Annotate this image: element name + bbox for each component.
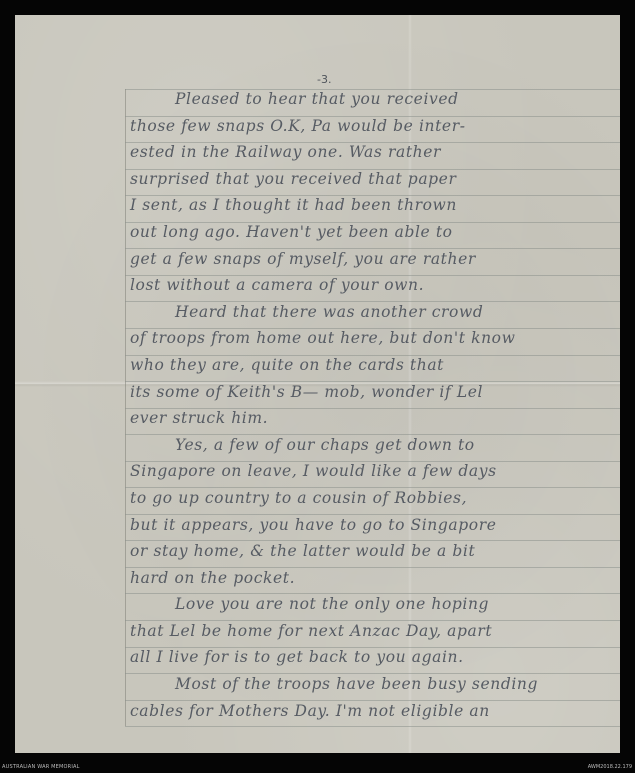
handwritten-line: ever struck him. xyxy=(130,405,620,432)
handwritten-text-block: Pleased to hear that you received those … xyxy=(130,92,620,730)
handwritten-line: cables for Mothers Day. I'm not eligible… xyxy=(130,698,620,725)
handwritten-line: out long ago. Haven't yet been able to xyxy=(130,219,620,246)
handwritten-line: surprised that you received that paper xyxy=(130,166,620,193)
handwritten-line: who they are, quite on the cards that xyxy=(130,352,620,379)
page-number: -3. xyxy=(317,73,331,86)
handwritten-line: Most of the troops have been busy sendin… xyxy=(130,671,620,698)
letter-page: -3. Pleased to hear that you received th… xyxy=(15,15,620,753)
handwritten-line: all I live for is to get back to you aga… xyxy=(130,644,620,671)
handwritten-line: of troops from home out here, but don't … xyxy=(130,325,620,352)
handwritten-line: but it appears, you have to go to Singap… xyxy=(130,512,620,539)
handwritten-line: Love you are not the only one hoping xyxy=(130,591,620,618)
archive-credit: AUSTRALIAN WAR MEMORIAL xyxy=(2,764,80,770)
handwritten-line: its some of Keith's B— mob, wonder if Le… xyxy=(130,379,620,406)
handwritten-line: I sent, as I thought it had been thrown xyxy=(130,192,620,219)
handwritten-line: hard on the pocket. xyxy=(130,565,620,592)
handwritten-line: Pleased to hear that you received xyxy=(130,86,620,113)
handwritten-line: lost without a camera of your own. xyxy=(130,272,620,299)
handwritten-line: Yes, a few of our chaps get down to xyxy=(130,432,620,459)
handwritten-line: those few snaps O.K, Pa would be inter- xyxy=(130,113,620,140)
handwritten-line: Singapore on leave, I would like a few d… xyxy=(130,458,620,485)
handwritten-line: get a few snaps of myself, you are rathe… xyxy=(130,246,620,273)
archive-reference-number: AWM2018.22.179 xyxy=(588,764,632,770)
handwritten-line: Heard that there was another crowd xyxy=(130,299,620,326)
handwritten-line: that Lel be home for next Anzac Day, apa… xyxy=(130,618,620,645)
handwritten-line: to go up country to a cousin of Robbies, xyxy=(130,485,620,512)
handwritten-line: or stay home, & the latter would be a bi… xyxy=(130,538,620,565)
handwritten-line: ested in the Railway one. Was rather xyxy=(130,139,620,166)
